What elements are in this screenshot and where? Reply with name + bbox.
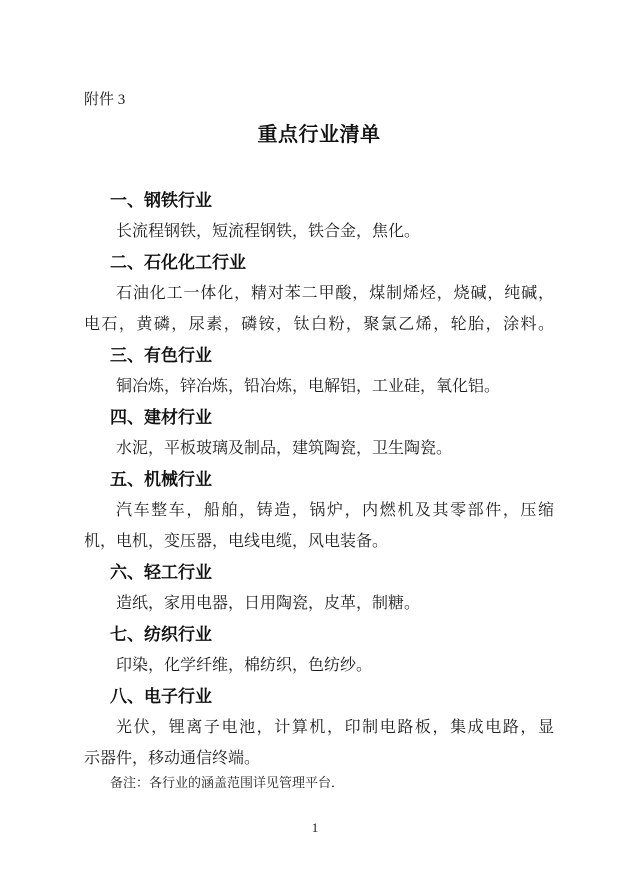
section-petrochemical: 二、石化化工行业 石油化工一体化，精对苯二甲酸，煤制烯烃，烧碱，纯碱， 电石，黄… [84, 247, 554, 340]
section-steel: 一、钢铁行业 长流程钢铁，短流程钢铁，铁合金，焦化。 [84, 185, 554, 247]
section-body-line: 长流程钢铁，短流程钢铁，铁合金，焦化。 [84, 216, 554, 247]
document-body: 一、钢铁行业 长流程钢铁，短流程钢铁，铁合金，焦化。 二、石化化工行业 石油化工… [84, 185, 554, 792]
section-textile: 七、纺织行业 印染，化学纤维，棉纺织，色纺纱。 [84, 619, 554, 681]
attachment-label: 附件 3 [0, 0, 630, 108]
section-body-line: 铜冶炼，锌冶炼，铅冶炼，电解铝，工业硅，氧化铝。 [84, 371, 554, 402]
section-heading: 八、电子行业 [84, 681, 554, 712]
section-light-industry: 六、轻工行业 造纸，家用电器，日用陶瓷，皮革，制糖。 [84, 557, 554, 619]
section-body-line: 印染，化学纤维，棉纺织，色纺纱。 [84, 650, 554, 681]
document-page: 附件 3 重点行业清单 一、钢铁行业 长流程钢铁，短流程钢铁，铁合金，焦化。 二… [0, 0, 630, 892]
section-machinery: 五、机械行业 汽车整车，船舶，铸造，锅炉，内燃机及其零部件，压缩 机，电机，变压… [84, 464, 554, 557]
section-body-line: 石油化工一体化，精对苯二甲酸，煤制烯烃，烧碱，纯碱， [84, 278, 554, 309]
section-heading: 七、纺织行业 [84, 619, 554, 650]
page-number: 1 [0, 821, 630, 835]
section-building-materials: 四、建材行业 水泥，平板玻璃及制品，建筑陶瓷，卫生陶瓷。 [84, 402, 554, 464]
section-body-line: 造纸，家用电器，日用陶瓷，皮革，制糖。 [84, 588, 554, 619]
section-heading: 五、机械行业 [84, 464, 554, 495]
section-heading: 二、石化化工行业 [84, 247, 554, 278]
section-body-line: 机，电机，变压器，电线电缆，风电装备。 [84, 526, 554, 557]
section-heading: 六、轻工行业 [84, 557, 554, 588]
section-heading: 一、钢铁行业 [84, 185, 554, 216]
section-body-line: 汽车整车，船舶，铸造，锅炉，内燃机及其零部件，压缩 [84, 495, 554, 526]
section-heading: 四、建材行业 [84, 402, 554, 433]
section-body-line: 示器件，移动通信终端。 [84, 743, 554, 774]
section-body-line: 水泥，平板玻璃及制品，建筑陶瓷，卫生陶瓷。 [84, 433, 554, 464]
footnote: 备注：各行业的涵盖范围详见管理平台． [84, 774, 554, 792]
section-body-line: 光伏，锂离子电池，计算机，印制电路板，集成电路，显 [84, 712, 554, 743]
section-nonferrous: 三、有色行业 铜冶炼，锌冶炼，铅冶炼，电解铝，工业硅，氧化铝。 [84, 340, 554, 402]
section-heading: 三、有色行业 [84, 340, 554, 371]
section-electronics: 八、电子行业 光伏，锂离子电池，计算机，印制电路板，集成电路，显 示器件，移动通… [84, 681, 554, 774]
document-title: 重点行业清单 [84, 125, 554, 146]
section-body-line: 电石，黄磷，尿素，磷铵，钛白粉，聚氯乙烯，轮胎，涂料。 [84, 309, 554, 340]
